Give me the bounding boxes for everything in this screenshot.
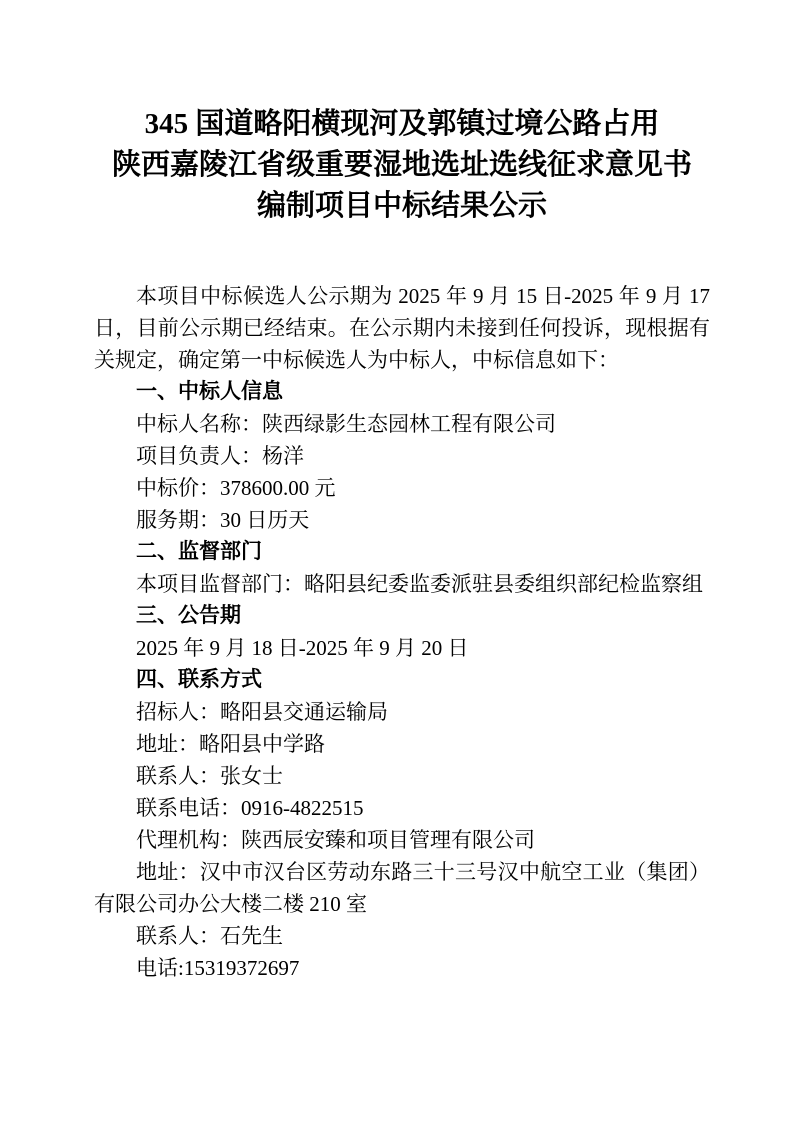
- detail-line-bid-price: 中标价：378600.00 元: [94, 472, 710, 504]
- section-heading-contact: 四、联系方式: [94, 664, 710, 696]
- document-page: 345 国道略阳横现河及郭镇过境公路占用 陕西嘉陵江省级重要湿地选址选线征求意见…: [0, 0, 793, 1122]
- detail-line-tenderer-contact: 联系人：张女士: [94, 760, 710, 792]
- detail-line-winner-name: 中标人名称：陕西绿影生态园林工程有限公司: [94, 408, 710, 440]
- detail-line-agency-phone: 电话:15319372697: [94, 952, 710, 984]
- detail-line-supervision-dept: 本项目监督部门：略阳县纪委监委派驻县委组织部纪检监察组: [94, 568, 710, 600]
- detail-line-agency-contact: 联系人：石先生: [94, 920, 710, 952]
- section-heading-supervision: 二、监督部门: [94, 536, 710, 568]
- document-content: 345 国道略阳横现河及郭镇过境公路占用 陕西嘉陵江省级重要湿地选址选线征求意见…: [0, 0, 793, 1122]
- document-title-line: 陕西嘉陵江省级重要湿地选址选线征求意见书: [94, 145, 710, 186]
- intro-paragraph: 本项目中标候选人公示期为 2025 年 9 月 15 日-2025 年 9 月 …: [94, 280, 710, 376]
- document-title: 345 国道略阳横现河及郭镇过境公路占用 陕西嘉陵江省级重要湿地选址选线征求意见…: [94, 104, 710, 227]
- section-heading-announcement-period: 三、公告期: [94, 600, 710, 632]
- document-title-line: 345 国道略阳横现河及郭镇过境公路占用: [94, 104, 710, 145]
- detail-line-announcement-dates: 2025 年 9 月 18 日-2025 年 9 月 20 日: [94, 632, 710, 664]
- detail-line-agency-address: 地址：汉中市汉台区劳动东路三十三号汉中航空工业（集团）有限公司办公大楼二楼 21…: [94, 856, 710, 920]
- detail-line-tenderer: 招标人：略阳县交通运输局: [94, 696, 710, 728]
- detail-line-agency: 代理机构：陕西辰安臻和项目管理有限公司: [94, 824, 710, 856]
- detail-line-service-period: 服务期：30 日历天: [94, 504, 710, 536]
- detail-line-tenderer-address: 地址：略阳县中学路: [94, 728, 710, 760]
- detail-line-tenderer-phone: 联系电话：0916-4822515: [94, 792, 710, 824]
- detail-line-project-manager: 项目负责人：杨洋: [94, 440, 710, 472]
- document-title-line: 编制项目中标结果公示: [94, 186, 710, 227]
- document-body: 本项目中标候选人公示期为 2025 年 9 月 15 日-2025 年 9 月 …: [94, 280, 710, 984]
- section-heading-winner-info: 一、中标人信息: [94, 376, 710, 408]
